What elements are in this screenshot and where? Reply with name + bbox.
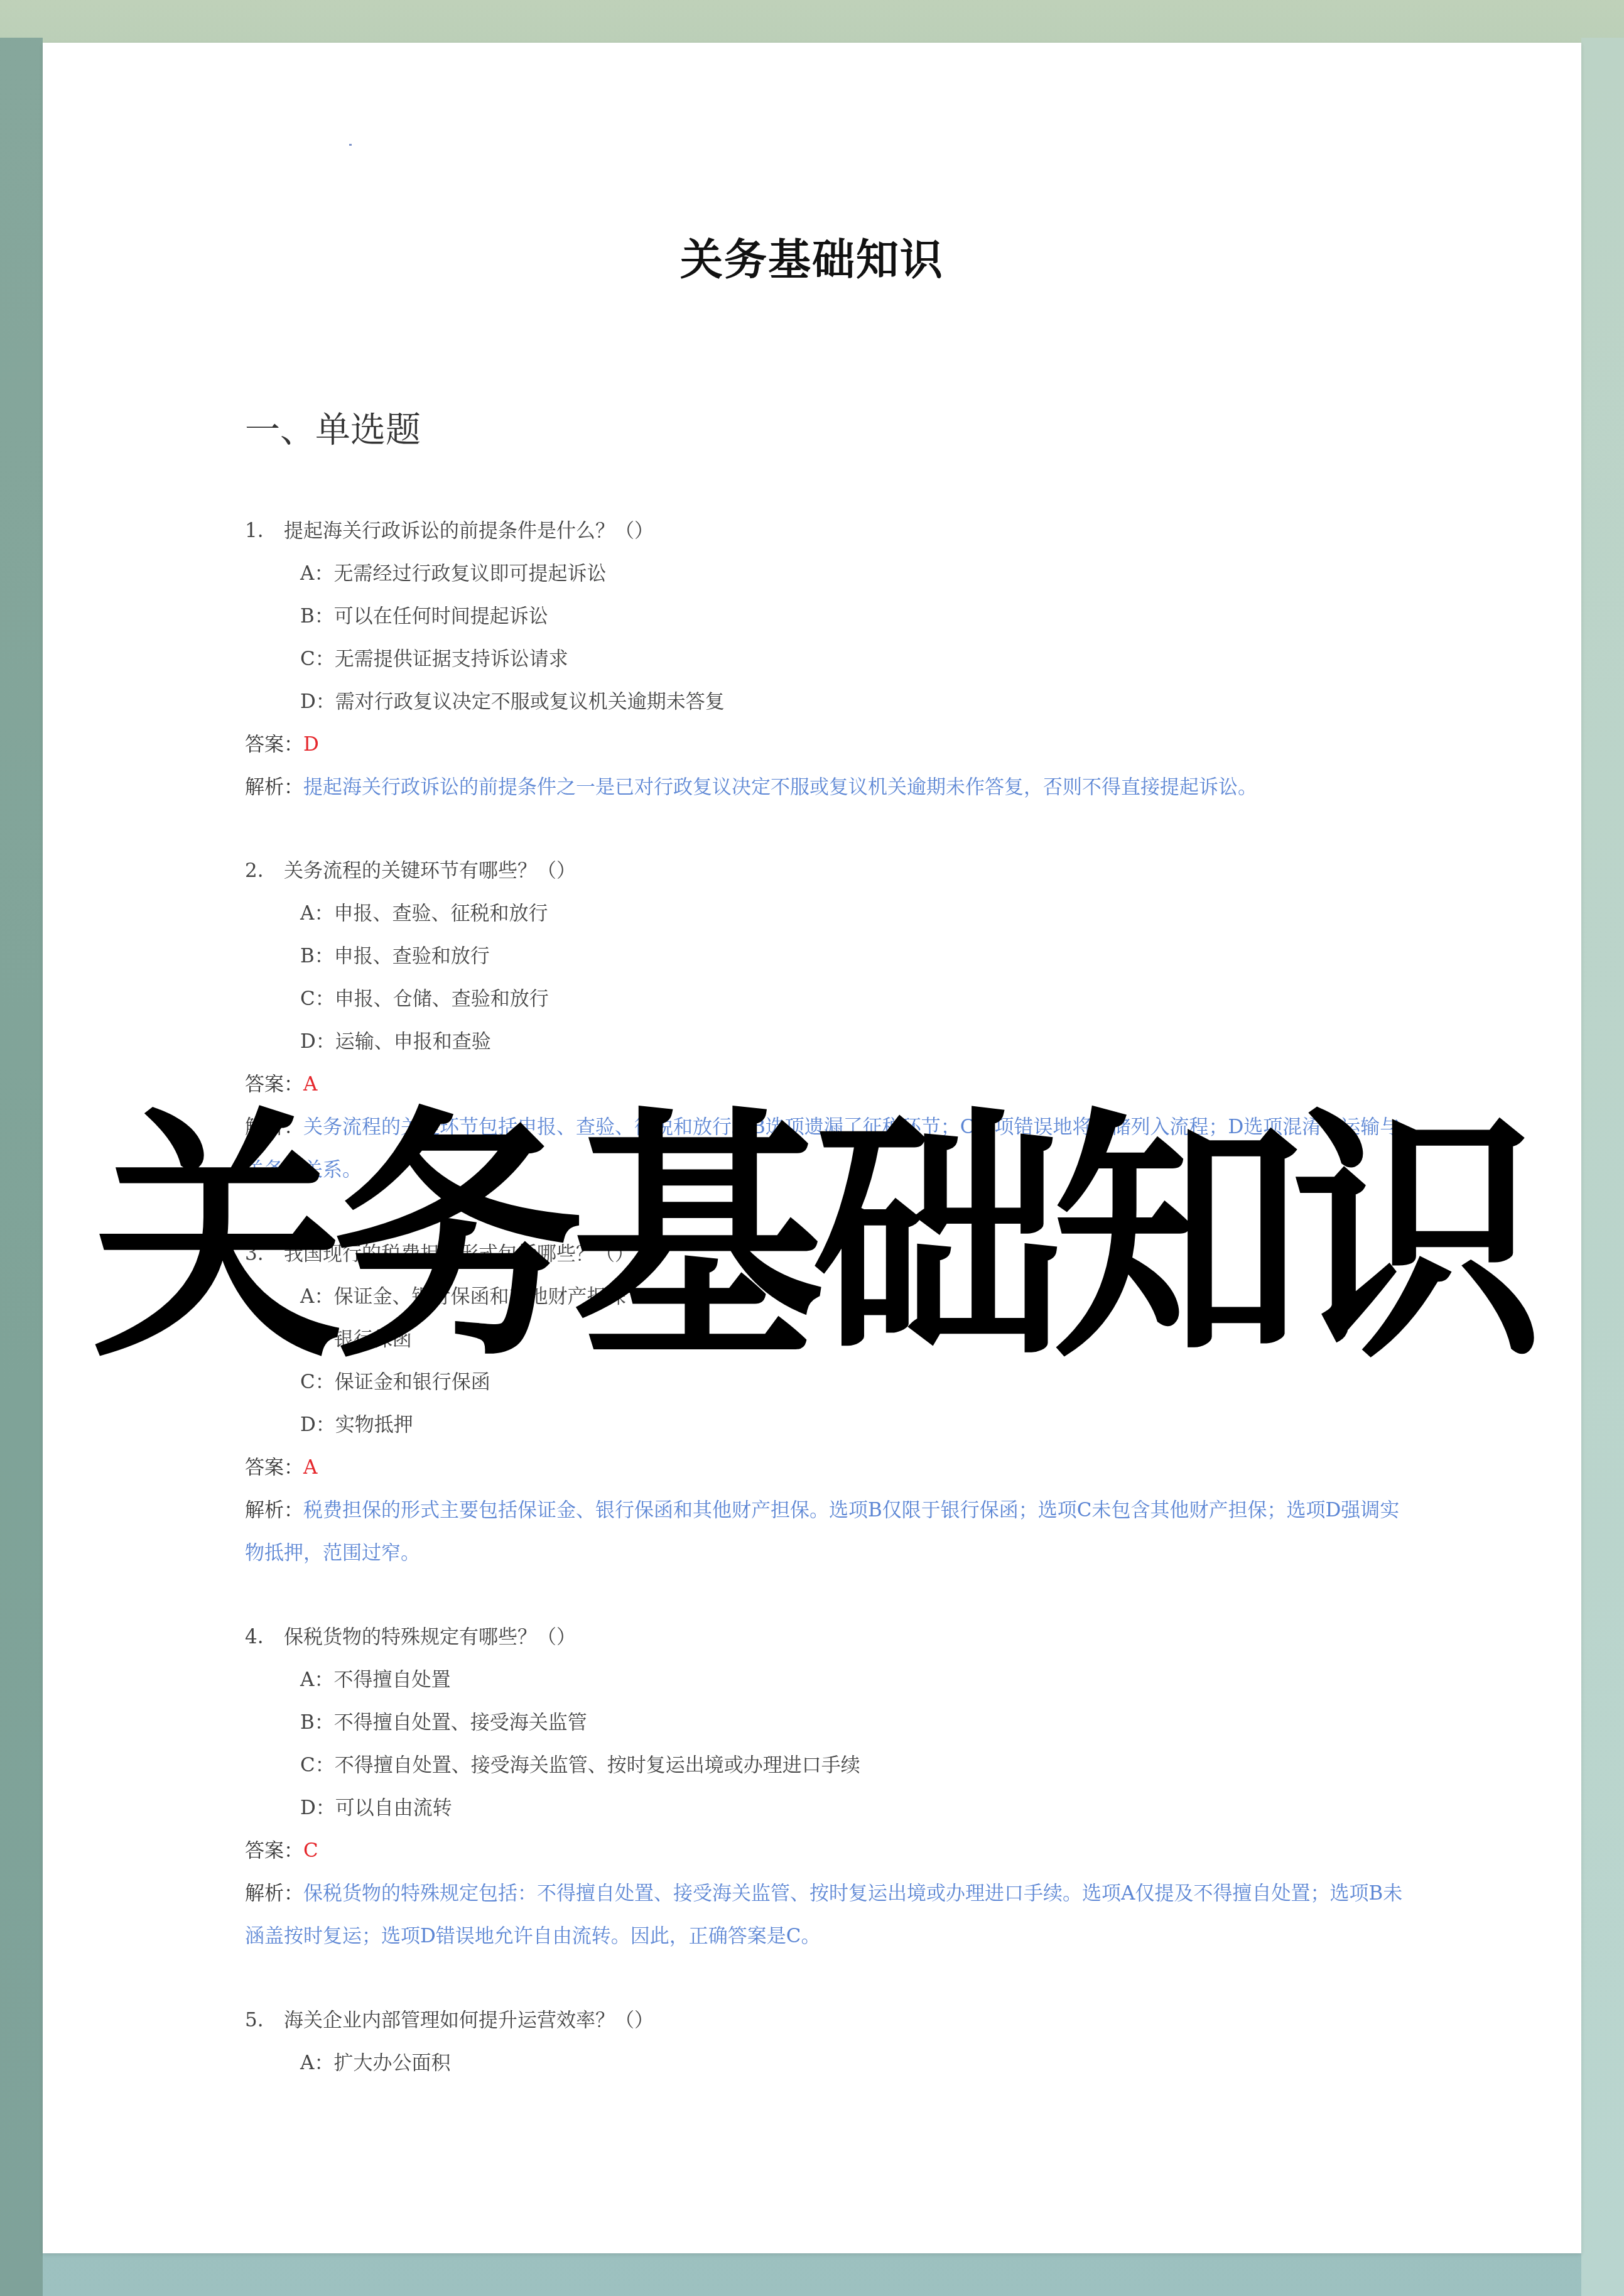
explanation-label: 解析： [245,1882,303,1905]
question-number: 1. [245,509,284,552]
explanation: 解析：提起海关行政诉讼的前提条件之一是已对行政复议决定不服或复议机关逾期未作答复… [245,766,1407,808]
section-heading: 一、单选题 [245,402,421,452]
answer-value: A [303,1456,317,1479]
option-b: B：不得擅自处置、接受海关监管 [245,1701,1407,1744]
answer-label: 答案： [245,1456,303,1479]
question-5: 5.海关企业内部管理如何提升运营效率？（） A：扩大办公面积 [245,1999,1407,2084]
explanation-label: 解析： [245,776,303,798]
question-text: 关务流程的关键环节有哪些？（） [284,859,576,882]
answer-line: 答案：A [245,1446,1407,1489]
decorative-dot [349,144,352,146]
question-4: 4.保税货物的特殊规定有哪些？（） A：不得擅自处置 B：不得擅自处置、接受海关… [245,1616,1407,1957]
option-a: A：无需经过行政复议即可提起诉讼 [245,552,1407,595]
answer-line: 答案：C [245,1829,1407,1872]
explanation: 解析：税费担保的形式主要包括保证金、银行保函和其他财产担保。选项B仅限于银行保函… [245,1489,1407,1574]
option-b: B：申报、查验和放行 [245,935,1407,977]
answer-label: 答案： [245,1839,303,1862]
option-a: A：不得擅自处置 [245,1658,1407,1701]
option-d: D：需对行政复议决定不服或复议机关逾期未答复 [245,680,1407,723]
question-number: 4. [245,1616,284,1658]
explanation-text: 提起海关行政诉讼的前提条件之一是已对行政复议决定不服或复议机关逾期未作答复，否则… [303,776,1257,798]
question-stem: 5.海关企业内部管理如何提升运营效率？（） [245,1999,1407,2042]
option-d: D：实物抵押 [245,1403,1407,1446]
option-d: D：运输、申报和查验 [245,1020,1407,1063]
option-a: A：申报、查验、征税和放行 [245,892,1407,935]
answer-value: D [303,733,319,756]
option-b: B：可以在任何时间提起诉讼 [245,595,1407,638]
explanation-text: 保税货物的特殊规定包括：不得擅自处置、接受海关监管、按时复运出境或办理进口手续。… [245,1882,1402,1947]
answer-line: 答案：D [245,723,1407,766]
question-stem: 4.保税货物的特殊规定有哪些？（） [245,1616,1407,1658]
option-c: C：申报、仓储、查验和放行 [245,977,1407,1020]
question-stem: 2.关务流程的关键环节有哪些？（） [245,849,1407,892]
option-d: D：可以自由流转 [245,1787,1407,1829]
option-a: A：扩大办公面积 [245,2042,1407,2084]
answer-label: 答案： [245,733,303,756]
question-text: 提起海关行政诉讼的前提条件是什么？（） [284,520,654,542]
question-text: 海关企业内部管理如何提升运营效率？（） [284,2009,654,2032]
question-number: 5. [245,1999,284,2042]
answer-value: C [303,1839,318,1862]
question-stem: 1.提起海关行政诉讼的前提条件是什么？（） [245,509,1407,552]
document-title: 关务基础知识 [43,226,1581,287]
question-text: 保税货物的特殊规定有哪些？（） [284,1626,576,1648]
option-c: C：无需提供证据支持诉讼请求 [245,638,1407,680]
question-number: 2. [245,849,284,892]
overlay-banner-title: 关务基础知识 [0,1089,1624,1393]
explanation-text: 税费担保的形式主要包括保证金、银行保函和其他财产担保。选项B仅限于银行保函；选项… [245,1499,1399,1564]
question-1: 1.提起海关行政诉讼的前提条件是什么？（） A：无需经过行政复议即可提起诉讼 B… [245,509,1407,808]
option-c: C：不得擅自处置、接受海关监管、按时复运出境或办理进口手续 [245,1744,1407,1787]
explanation: 解析：保税货物的特殊规定包括：不得擅自处置、接受海关监管、按时复运出境或办理进口… [245,1872,1407,1957]
explanation-label: 解析： [245,1499,303,1521]
